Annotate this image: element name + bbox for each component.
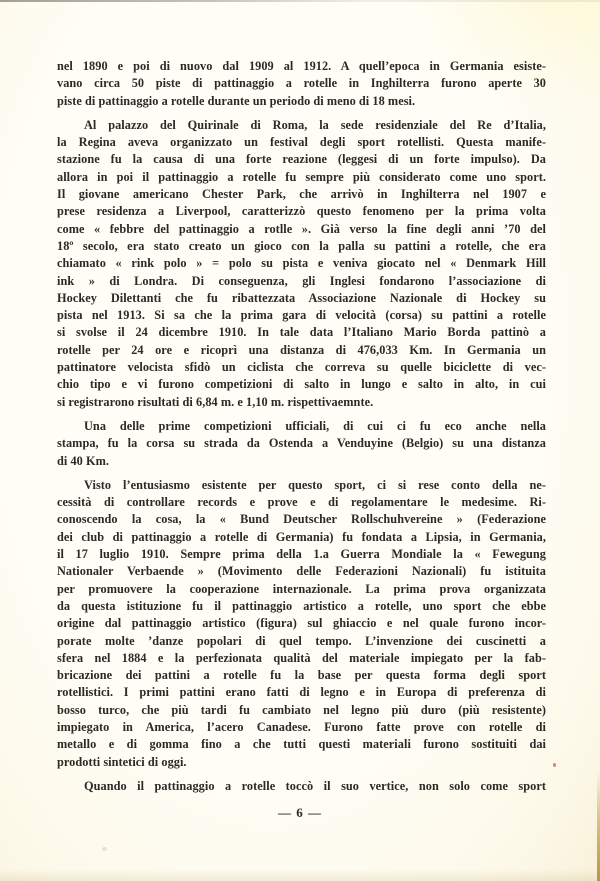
paragraph: Al palazzo del Quirinale di Roma, la sed… [57,117,546,411]
text-line: allora in poi il pattinaggio a rotelle f… [57,169,546,186]
text-line: rotellistici. I primi pattini erano fatt… [57,684,546,701]
text-line: da questa istituzione fu il pattinaggio … [57,598,546,615]
text-line: la Regina aveva organizzato un festival … [57,134,546,151]
text-line: ink » di Londra. Di conseguenza, gli Ing… [57,273,546,290]
text-line: Quando il pattinaggio a rotelle toccò il… [57,778,546,795]
text-line: Visto l’entusiasmo esistente per questo … [57,477,546,494]
text-line: Il giovane americano Chester Park, che a… [57,186,546,203]
text-line: si registrarono risultati di 6,84 m. e 1… [57,394,546,411]
text-line: bricazione dei pattini a rotelle fu la b… [57,667,546,684]
text-line: piste di pattinaggio a rotelle durante u… [57,93,546,110]
text-line: dei club di pattinaggio a rotelle di Ger… [57,529,546,546]
page-text: nel 1890 e poi di nuovo dal 1909 al 1912… [57,58,546,795]
text-line: impiegato in America, l’acero Canadese. … [57,719,546,736]
page-footer: — 6 — [0,804,600,822]
scanned-page: nel 1890 e poi di nuovo dal 1909 al 1912… [0,0,600,881]
text-line: stazione fu la causa di una forte reazio… [57,151,546,168]
text-line: porate molte ’danze popolari di quel tem… [57,633,546,650]
scan-edge-top [0,0,600,2]
page-number: — 6 — [278,805,322,820]
text-line: rotelle per 24 ore e ricoprì una distanz… [57,342,546,359]
text-line: Una delle prime competizioni ufficiali, … [57,418,546,435]
text-line: nel 1890 e poi di nuovo dal 1909 al 1912… [57,58,546,75]
scan-speck-pink [102,847,107,851]
text-line: Al palazzo del Quirinale di Roma, la sed… [57,117,546,134]
paragraph: Una delle prime competizioni ufficiali, … [57,418,546,470]
text-line: pattinatore velocista sfidò un ciclista … [57,359,546,376]
text-line: Hockey Dilettanti che fu ribattezzata As… [57,290,546,307]
text-line: vano circa 50 piste di pattinaggio a rot… [57,75,546,92]
text-line: chiamato « rink polo » = polo su pista e… [57,255,546,272]
scan-edge-bottom [0,869,600,881]
scan-speck-red [553,763,556,767]
text-line: origine dal pattinaggio artistico (figur… [57,615,546,632]
paragraph: Visto l’entusiasmo esistente per questo … [57,477,546,771]
text-line: Nationaler Verbaende » (Movimento delle … [57,563,546,580]
text-line: sfera nel 1884 e la perfezionata qualità… [57,650,546,667]
paragraph: nel 1890 e poi di nuovo dal 1909 al 1912… [57,58,546,110]
text-line: metallo e di gomma fino a che tutti ques… [57,736,546,753]
text-line: bosso turco, che più tardi fu cambiato n… [57,702,546,719]
text-line: prese residenza a Liverpool, caratterizz… [57,203,546,220]
text-line: si svolse il 24 dicembre 1910. In tale d… [57,324,546,341]
text-line: il 17 luglio 1910. Sempre prima della 1.… [57,546,546,563]
paragraph: Quando il pattinaggio a rotelle toccò il… [57,778,546,795]
text-line: cessità di controllare records e prove e… [57,494,546,511]
text-line: stampa, fu la corsa su strada da Ostenda… [57,435,546,452]
text-line: conoscendo la cosa, la « Bund Deutscher … [57,511,546,528]
text-line: chio tipo e vi furono competizioni di sa… [57,376,546,393]
text-line: di 40 Km. [57,453,546,470]
text-line: pista nel 1913. Si sa che la prima gara … [57,307,546,324]
text-line: per promuovere la cooperazione internazi… [57,581,546,598]
text-line: come « febbre del pattinaggio a rotlle »… [57,221,546,238]
text-line: prodotti sintetici di oggi. [57,754,546,771]
text-line: 18º secolo, era stato creato un gioco co… [57,238,546,255]
